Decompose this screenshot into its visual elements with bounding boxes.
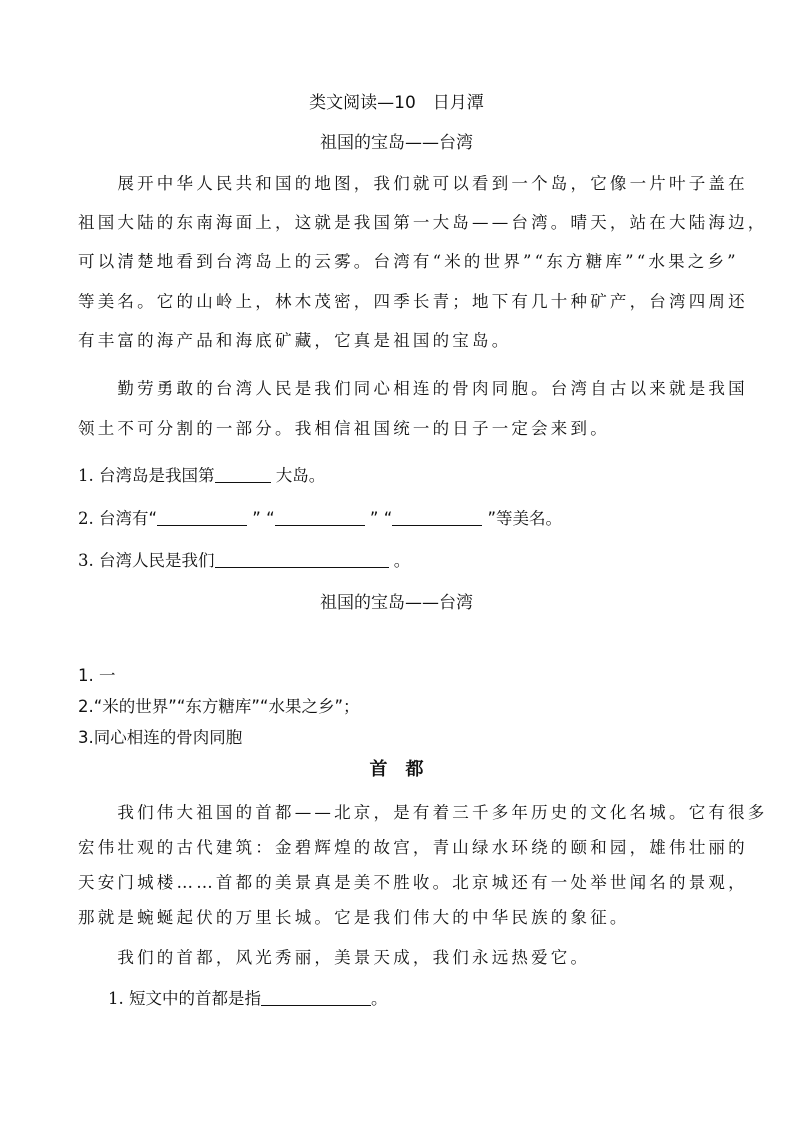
paragraph-line: 领土不可分割的一部分。我相信祖国统一的日子一定会来到。 xyxy=(78,415,610,439)
answer-blank[interactable] xyxy=(275,509,365,526)
question-number: 1. xyxy=(108,989,124,1008)
question-2: 2. 台湾有“ ” “ ” “ ”等美名。 xyxy=(78,505,562,529)
answer-blank[interactable] xyxy=(261,989,371,1006)
answers-title: 祖国的宝岛——台湾 xyxy=(0,588,793,613)
question-text: 台湾有“ xyxy=(99,509,157,528)
paragraph-line: 那就是蜿蜒起伏的万里长城。它是我们伟大的中华民族的象征。 xyxy=(78,904,630,928)
question-text: 台湾人民是我们 xyxy=(99,551,215,570)
paragraph-line: 勤劳勇敢的台湾人民是我们同心相连的骨肉同胞。台湾自古以来就是我国 xyxy=(78,375,748,399)
question-text: ” “ xyxy=(247,509,275,528)
paragraph-line: 展开中华人民共和国的地图，我们就可以看到一个岛，它像一片叶子盖在 xyxy=(78,170,748,194)
question-text: ” “ xyxy=(365,509,393,528)
question-text: 。 xyxy=(371,989,388,1008)
question-text: 。 xyxy=(389,551,411,570)
question-text: ”等美名。 xyxy=(482,509,562,528)
answer-item: 1. 一 xyxy=(78,662,116,686)
paragraph-line: 我们伟大祖国的首都——北京，是有着三千多年历史的文化名城。它有很多 xyxy=(78,799,768,823)
answer-blank[interactable] xyxy=(157,509,247,526)
question-1: 1. 台湾岛是我国第 大岛。 xyxy=(78,462,325,486)
question-text: 短文中的首都是指 xyxy=(129,989,261,1008)
answer-blank[interactable] xyxy=(215,466,271,483)
answer-item: 2.“米的世界”“东方糖库”“水果之乡”； xyxy=(78,693,360,717)
question-number: 3. xyxy=(78,551,94,570)
paragraph-line: 宏伟壮观的古代建筑：金碧辉煌的故宫，青山绿水环绕的颐和园，雄伟壮丽的 xyxy=(78,834,748,858)
paragraph-line: 等美名。它的山岭上，林木茂密，四季长青；地下有几十种矿产，台湾四周还 xyxy=(78,288,748,312)
answer-item: 3.同心相连的骨肉同胞 xyxy=(78,724,242,748)
paragraph-line: 我们的首都，风光秀丽，美景天成，我们永远热爱它。 xyxy=(78,944,590,968)
question-text: 台湾岛是我国第 xyxy=(99,466,215,485)
question-number: 2. xyxy=(78,509,94,528)
capital-question-1: 1. 短文中的首都是指。 xyxy=(108,985,388,1009)
section-title-taiwan: 祖国的宝岛——台湾 xyxy=(0,128,793,153)
question-number: 1. xyxy=(78,466,94,485)
question-3: 3. 台湾人民是我们 。 xyxy=(78,547,410,571)
paragraph-line: 可以清楚地看到台湾岛上的云雾。台湾有“米的世界”“东方糖库”“水果之乡” xyxy=(78,248,739,272)
answer-blank[interactable] xyxy=(392,509,482,526)
section-title-capital: 首都 xyxy=(0,755,793,781)
paragraph-line: 祖国大陆的东南海面上，这就是我国第一大岛——台湾。晴天，站在大陆海边， xyxy=(78,209,768,233)
paragraph-line: 有丰富的海产品和海底矿藏，它真是祖国的宝岛。 xyxy=(78,327,511,351)
main-title: 类文阅读—10 日月潭 xyxy=(0,88,793,113)
paragraph-line: 天安门城楼……首都的美景真是美不胜收。北京城还有一处举世闻名的景观， xyxy=(78,869,748,893)
answer-blank[interactable] xyxy=(215,551,389,568)
document-page: 类文阅读—10 日月潭 祖国的宝岛——台湾 展开中华人民共和国的地图，我们就可以… xyxy=(0,0,793,1122)
question-text: 大岛。 xyxy=(271,466,326,485)
